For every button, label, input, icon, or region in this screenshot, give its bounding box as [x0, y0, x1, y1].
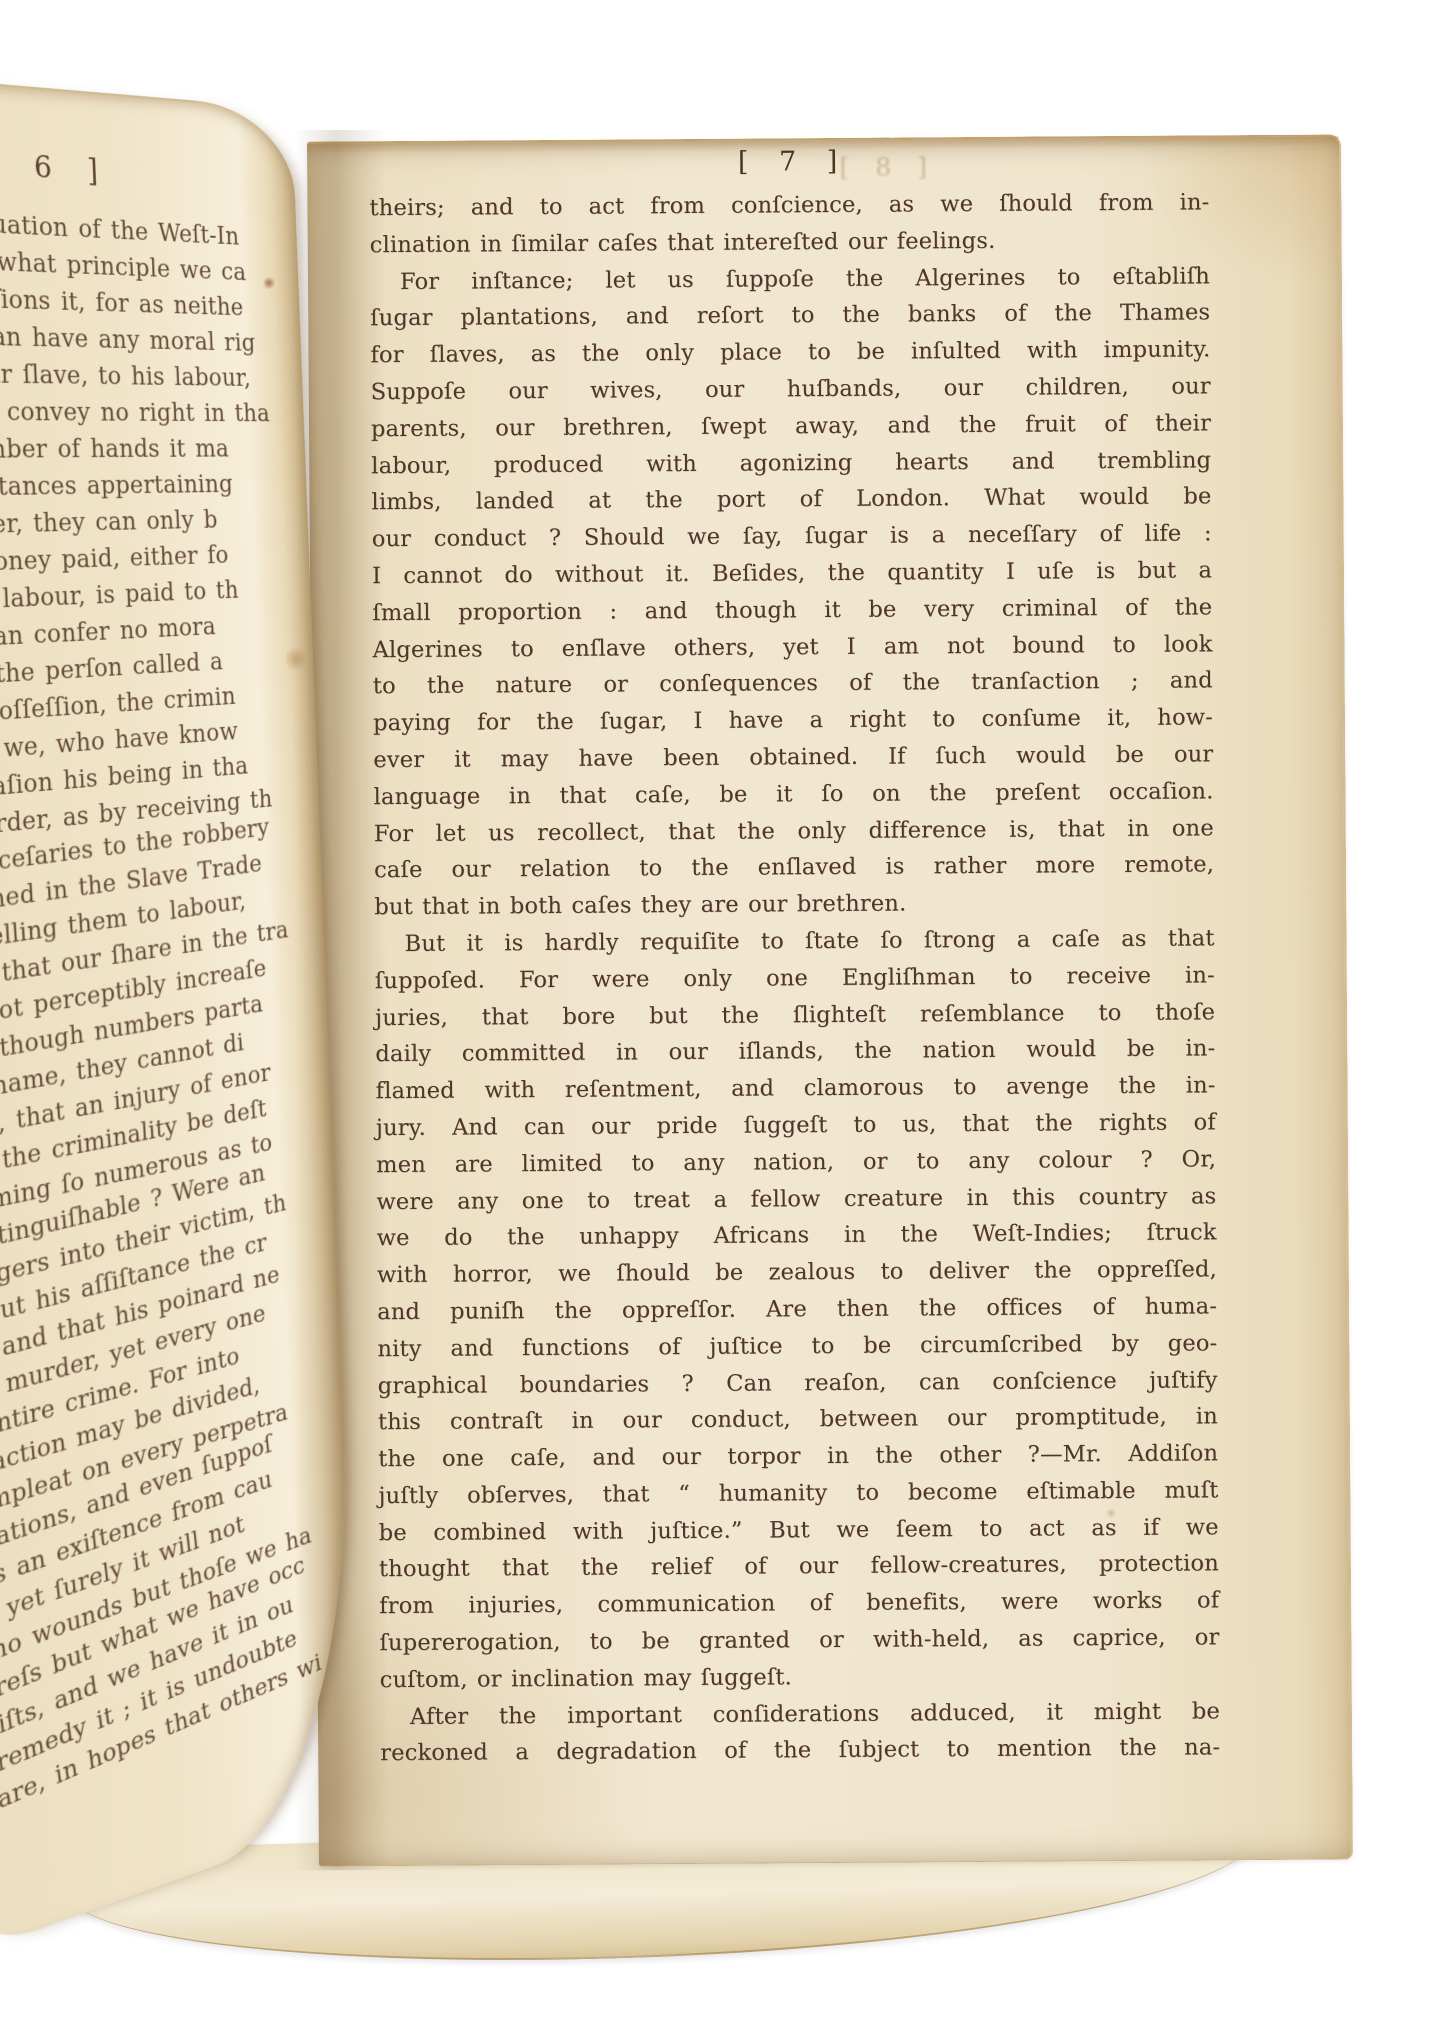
text-line: ey can convey no right in tha [0, 393, 304, 432]
text-line: ſupererogation, to be granted or with-he… [379, 1619, 1219, 1662]
text-line: thought that the relief of our fellow-cr… [379, 1546, 1219, 1589]
text-line: nity and functions of juſtice to be circ… [377, 1325, 1217, 1368]
text-line: flamed with reſentment, and clamorous to… [375, 1067, 1215, 1110]
right-page: [ 7 ] [ 8 ] theirs; and to act from conſ… [307, 134, 1353, 1866]
text-line: this contraſt in our conduct, between ou… [378, 1399, 1218, 1442]
left-page: [ 6 ] dful ſituation of the Weſt-In ed, … [0, 75, 359, 1953]
text-line: men are limited to any nation, or to any… [376, 1141, 1216, 1184]
text-line: For let us recollect, that the only diff… [374, 810, 1214, 853]
text-line: clination in ſimilar caſes that intereſt… [370, 221, 1210, 264]
text-line: the one caſe, and our torpor in the othe… [378, 1435, 1218, 1478]
text-line: graphical boundaries ? Can reaſon, can c… [378, 1362, 1218, 1405]
text-line: we do the unhappy Africans in the Weſt-I… [377, 1215, 1217, 1258]
ghost-page-8-number: [ 8 ] [839, 152, 930, 182]
text-line: be combined with juſtice.” But we ſeem t… [379, 1509, 1219, 1552]
page-number-text: [ 7 ] [738, 146, 841, 178]
text-line: After the important conſiderations adduc… [380, 1693, 1220, 1736]
right-page-text: theirs; and to act from conſcience, as w… [369, 184, 1220, 1772]
text-line: caſe our relation to the enſlaved is rat… [374, 847, 1214, 890]
text-line: our conduct ? Should we ſay, ſugar is a … [372, 515, 1212, 558]
text-line: paying for the ſugar, I have a right to … [373, 699, 1213, 742]
page-7-number: [ 7 ] [ 8 ] [369, 143, 1209, 180]
text-line: but that in both caſes they are our bret… [374, 883, 1214, 926]
text-line: ſuppoſed. For were only one Engliſhman t… [375, 957, 1215, 1000]
text-line: But it is hardly requiſite to ſtate ſo ſ… [374, 920, 1214, 963]
text-line: and puniſh the oppreſſor. Are then the o… [377, 1288, 1217, 1331]
text-line: with horror, we ſhould be zealous to del… [377, 1251, 1217, 1294]
text-line: ever it may have been obtained. If ſuch … [373, 736, 1213, 779]
text-line: cuſtom, or inclination may ſuggeſt. [380, 1656, 1220, 1699]
text-line: I cannot do without it. Beſides, the qua… [372, 552, 1212, 595]
text-line: parents, our brethren, ſwept away, and t… [371, 405, 1211, 448]
text-line: ile their ſlave, to his labour, [0, 354, 303, 396]
text-line: theirs; and to act from conſcience, as w… [369, 184, 1209, 227]
text-line: er number of hands it ma [0, 431, 306, 469]
text-line: were any one to treat a fellow creature … [376, 1178, 1216, 1221]
text-line: language in that caſe, be it ſo on the p… [373, 773, 1213, 816]
text-line: Suppoſe our wives, our huſbands, our chi… [371, 368, 1211, 411]
text-line: juſtly obſerves, that “ humanity to beco… [378, 1472, 1218, 1515]
text-line: For inſtance; let us ſuppoſe the Algerin… [370, 258, 1210, 301]
text-line: jury. And can our pride ſuggeſt to us, t… [376, 1104, 1216, 1147]
book-spread-photo: [ 7 ] [ 8 ] theirs; and to act from conſ… [0, 0, 1445, 2022]
text-line: ſmall proportion : and though it be very… [372, 589, 1212, 632]
text-line: reckoned a degradation of the ſubject to… [380, 1730, 1220, 1773]
page-6-number: [ 6 ] [0, 146, 295, 201]
text-line: Algerines to enſlave others, yet I am no… [372, 626, 1212, 669]
text-line: for ſlaves, as the only place to be inſu… [370, 332, 1210, 375]
text-line: to the nature or conſequences of the tra… [373, 663, 1213, 706]
text-line: labour, produced with agonizing hearts a… [371, 442, 1211, 485]
text-line: from injuries, communication of benefits… [379, 1583, 1219, 1626]
text-line: limbs, landed at the port of London. Wha… [371, 479, 1211, 522]
text-line: daily committed in our iſlands, the nati… [375, 1031, 1215, 1074]
left-page-text: dful ſituation of the Weſt-In ed, on wha… [0, 201, 354, 1827]
text-line: juries, that bore but the ſlighteſt reſe… [375, 994, 1215, 1037]
text-line: ſugar plantations, and reſort to the ban… [370, 295, 1210, 338]
